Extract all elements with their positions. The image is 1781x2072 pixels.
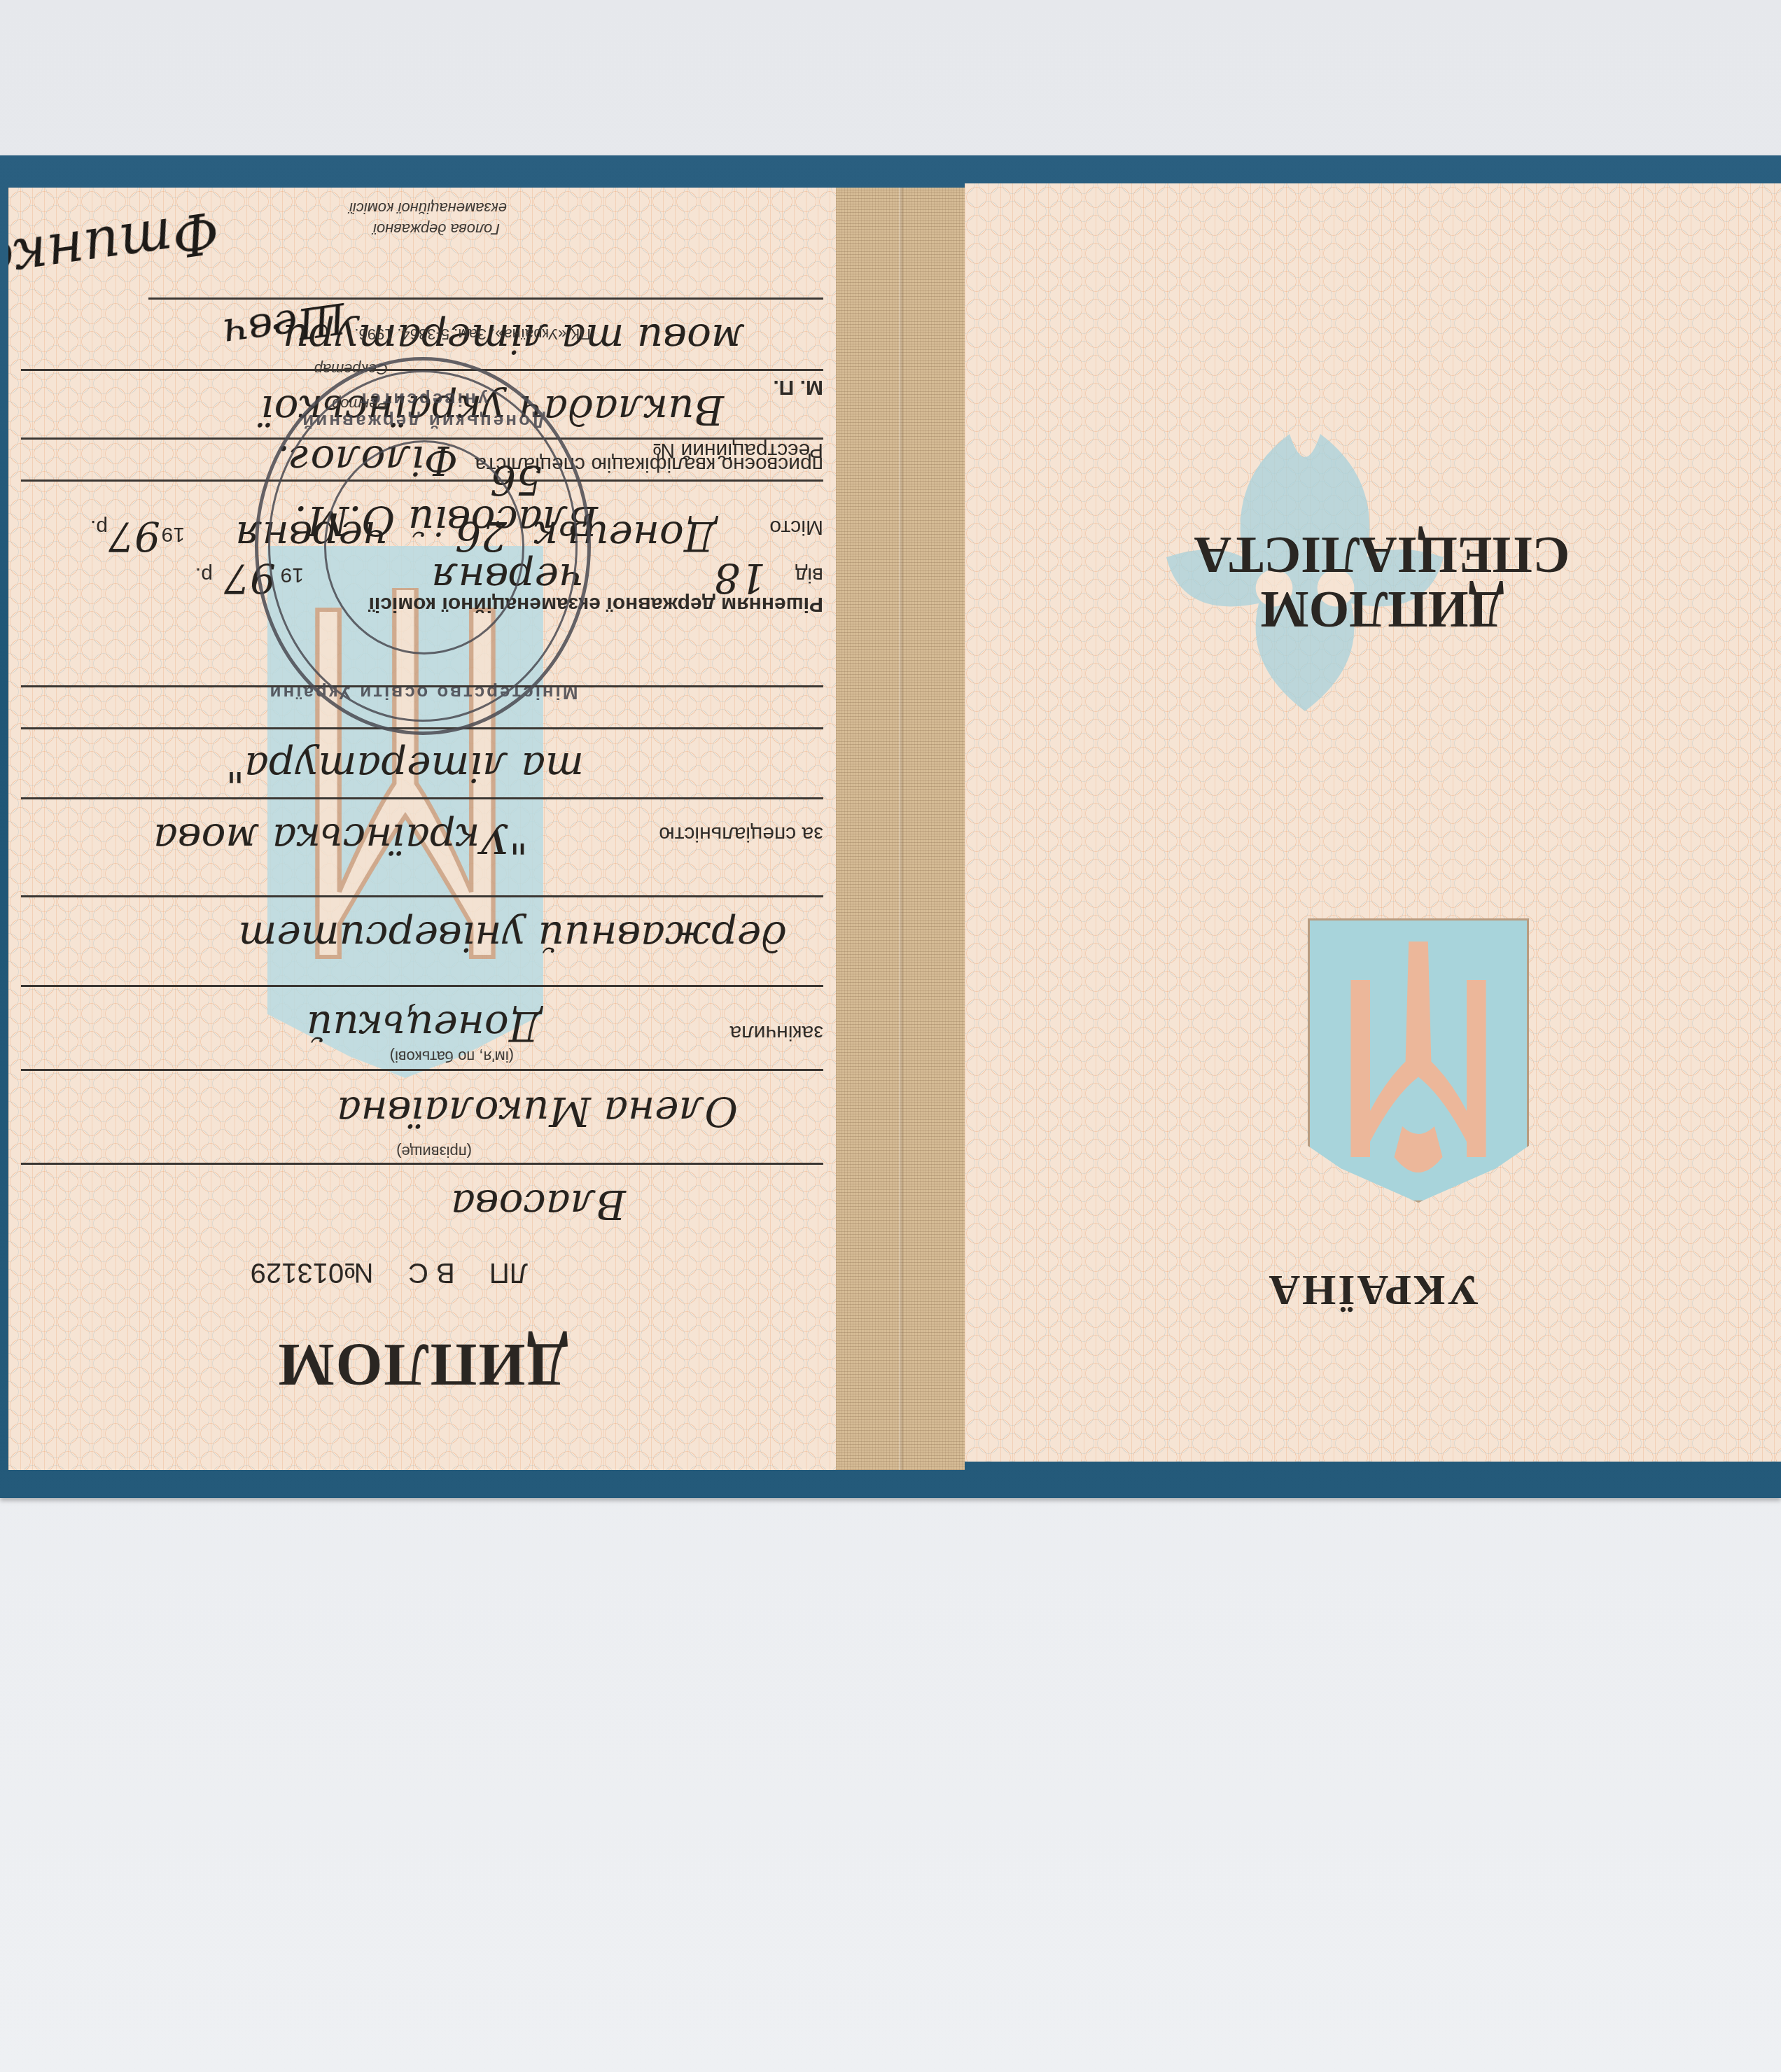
title-line-2: СПЕЦІАЛІСТА (1186, 527, 1578, 582)
city-label: Місто (769, 515, 823, 539)
issue-year-suffix: р. (90, 515, 108, 539)
title-line-1: ДИПЛОМ (1186, 581, 1578, 636)
printer-imprint: ПК «Україна». Зам. 5-3364. 1996. (354, 325, 591, 343)
diploma-cover-page: УКРАЇНА ДИПЛОМ СПЕЦІАЛІСТА (965, 183, 1781, 1462)
official-seal-stamp: Міністерство освіти України Донецький де… (255, 357, 591, 735)
stamp-text-bottom: Донецький державний університет (258, 388, 587, 432)
stamp-text-top: Міністерство освіти України (258, 682, 587, 703)
issue-year: 97 (109, 512, 160, 560)
diploma-spine (836, 188, 965, 1470)
registration-label: Реєстраційний № (652, 438, 823, 462)
trident-emblem-icon (1308, 918, 1529, 1203)
country-title: УКРАЇНА (965, 1265, 1781, 1315)
issue-year-prefix: 19 (162, 522, 185, 546)
document-title: ДИПЛОМ СПЕЦІАЛІСТА (1186, 527, 1578, 636)
diploma-inner-page: ДИПЛОМ ЛП В С №013129 Власова (прізвище)… (8, 188, 836, 1470)
